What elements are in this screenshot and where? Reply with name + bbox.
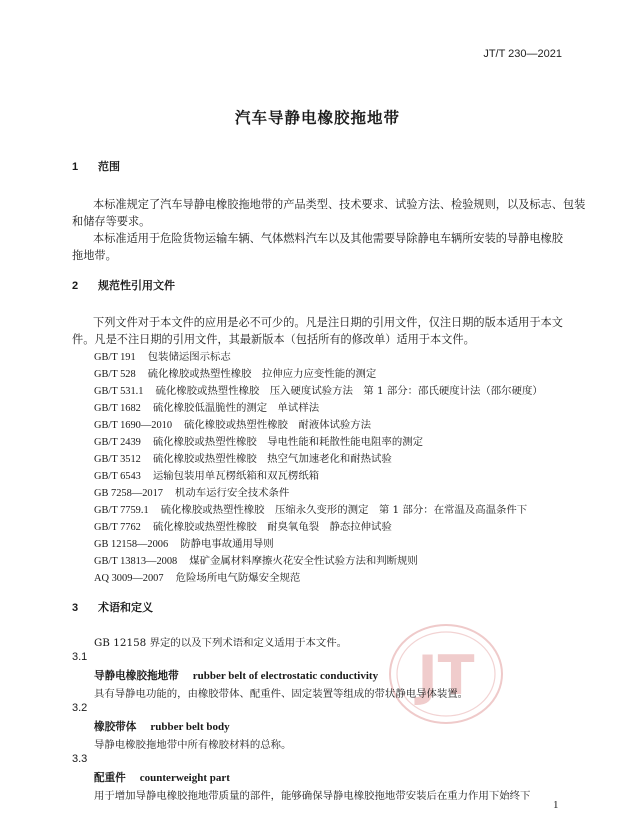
clause-number: 3.3 [72, 753, 87, 765]
reference-item: GB 7258—2017机动车运行安全技术条件 [94, 484, 289, 499]
section-2-heading: 2规范性引用文件 [72, 277, 175, 293]
reference-item: GB/T 191包装储运图示标志 [94, 348, 231, 363]
term-definition: 用于增加导静电橡胶拖地带质量的部件，能够确保导静电橡胶拖地带安装后在重力作用下始… [94, 787, 530, 802]
term-heading: 配重件counterweight part [94, 770, 230, 785]
term-definition: 导静电橡胶拖地带中所有橡胶材料的总称。 [94, 736, 291, 751]
paragraph: 和储存等要求。 [72, 213, 150, 229]
document-title: 汽车导静电橡胶拖地带 [0, 106, 635, 128]
section-title: 术语和定义 [98, 601, 153, 614]
paragraph: 下列文件对于本文件的应用是必不可少的。凡是注日期的引用文件，仅注日期的版本适用于… [93, 314, 563, 330]
paragraph: 件。凡是不注日期的引用文件，其最新版本（包括所有的修改单）适用于本文件。 [72, 331, 475, 347]
clause-number: 3.2 [72, 702, 87, 714]
reference-item: GB/T 2439硫化橡胶或热塑性橡胶 导电性能和耗散性能电阻率的测定 [94, 433, 423, 448]
term-heading: 导静电橡胶拖地带rubber belt of electrostatic con… [94, 668, 378, 683]
reference-item: GB/T 7762硫化橡胶或热塑性橡胶 耐臭氧龟裂 静态拉伸试验 [94, 518, 392, 533]
section-title: 范围 [98, 160, 120, 173]
section-1-heading: 1范围 [72, 158, 120, 174]
section-number: 2 [72, 280, 98, 292]
section-number: 3 [72, 602, 98, 614]
section-number: 1 [72, 161, 98, 173]
reference-item: GB/T 1690—2010硫化橡胶或热塑性橡胶 耐液体试验方法 [94, 416, 371, 431]
paragraph: 本标准规定了汽车导静电橡胶拖地带的产品类型、技术要求、试验方法、检验规则，以及标… [93, 196, 585, 212]
clause-number: 3.1 [72, 651, 87, 663]
term-heading: 橡胶带体rubber belt body [94, 719, 230, 734]
term-definition: 具有导静电功能的，由橡胶带体、配重件、固定装置等组成的带状静电导体装置。 [94, 685, 468, 700]
section-3-heading: 3术语和定义 [72, 599, 153, 615]
reference-item: GB/T 13813—2008煤矿金属材料摩擦火花安全性试验方法和判断规则 [94, 552, 418, 567]
jt-watermark-stamp: JT [387, 622, 505, 726]
section-title: 规范性引用文件 [98, 279, 175, 292]
reference-item: GB/T 528硫化橡胶或热塑性橡胶 拉伸应力应变性能的测定 [94, 365, 376, 380]
standard-code: JT/T 230—2021 [483, 48, 562, 60]
reference-item: GB/T 531.1硫化橡胶或热塑性橡胶 压入硬度试验方法 第 1 部分：邵氏硬… [94, 382, 543, 397]
reference-item: GB/T 3512硫化橡胶或热塑性橡胶 热空气加速老化和耐热试验 [94, 450, 392, 465]
page-number: 1 [553, 799, 559, 811]
reference-item: GB/T 6543运输包装用单瓦楞纸箱和双瓦楞纸箱 [94, 467, 319, 482]
reference-item: GB 12158—2006防静电事故通用导则 [94, 535, 274, 550]
paragraph: GB 12158 界定的以及下列术语和定义适用于本文件。 [94, 634, 347, 649]
paragraph: 拖地带。 [72, 247, 117, 263]
paragraph: 本标准适用于危险货物运输车辆、气体燃料汽车以及其他需要导除静电车辆所安装的导静电… [93, 230, 563, 246]
reference-item: AQ 3009—2007危险场所电气防爆安全规范 [94, 569, 300, 584]
reference-item: GB/T 1682硫化橡胶低温脆性的测定 单试样法 [94, 399, 319, 414]
reference-item: GB/T 7759.1硫化橡胶或热塑性橡胶 压缩永久变形的测定 第 1 部分：在… [94, 501, 527, 516]
